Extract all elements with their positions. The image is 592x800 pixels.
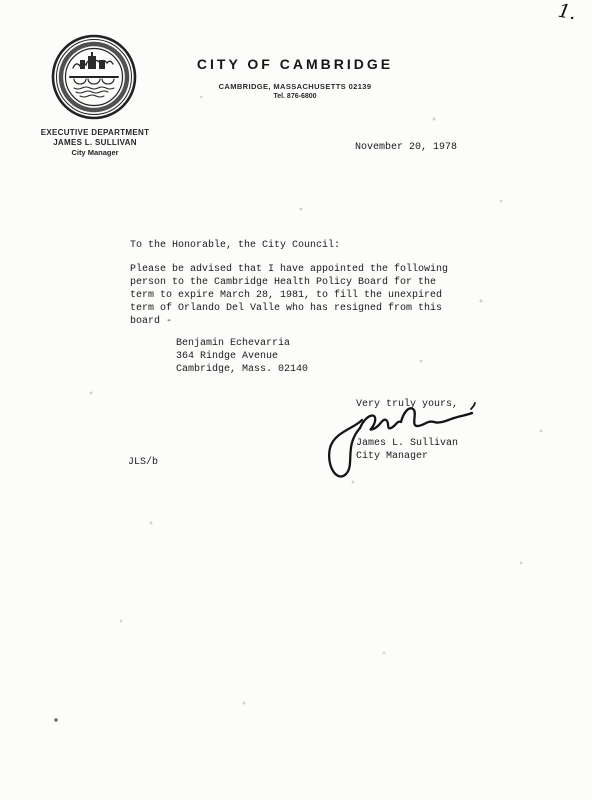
reference-initials: JLS/b — [128, 456, 158, 469]
date-line: November 20, 1978 — [355, 141, 457, 154]
signer-name: James L. Sullivan — [356, 437, 458, 450]
manager-name: JAMES L. SULLIVAN — [16, 138, 174, 148]
letterhead-address: CAMBRIDGE, MASSACHUSETTS 02139 — [150, 82, 440, 91]
body-paragraph: Please be advised that I have appointed … — [130, 263, 460, 328]
signer-title: City Manager — [356, 450, 428, 463]
department-block: EXECUTIVE DEPARTMENT JAMES L. SULLIVAN C… — [16, 128, 174, 157]
valediction: Very truly yours, — [356, 398, 458, 411]
manager-title: City Manager — [16, 148, 174, 157]
letterhead: CITY OF CAMBRIDGE CAMBRIDGE, MASSACHUSET… — [150, 56, 440, 100]
handwritten-page-number: 1. — [556, 0, 578, 24]
letter-page: 1. CITY OF CAMBRIDGE CAMBRIDGE, MASSACH — [0, 0, 592, 800]
letterhead-phone: Tel. 876-6800 — [150, 93, 440, 100]
appointee-block: Benjamin Echevarria 364 Rindge Avenue Ca… — [176, 337, 308, 376]
letterhead-title: CITY OF CAMBRIDGE — [150, 56, 440, 72]
scan-speckles — [0, 0, 2, 2]
cambridge-city-seal-icon — [50, 33, 138, 121]
salutation: To the Honorable, the City Council: — [130, 239, 340, 252]
department-name: EXECUTIVE DEPARTMENT — [16, 128, 174, 138]
